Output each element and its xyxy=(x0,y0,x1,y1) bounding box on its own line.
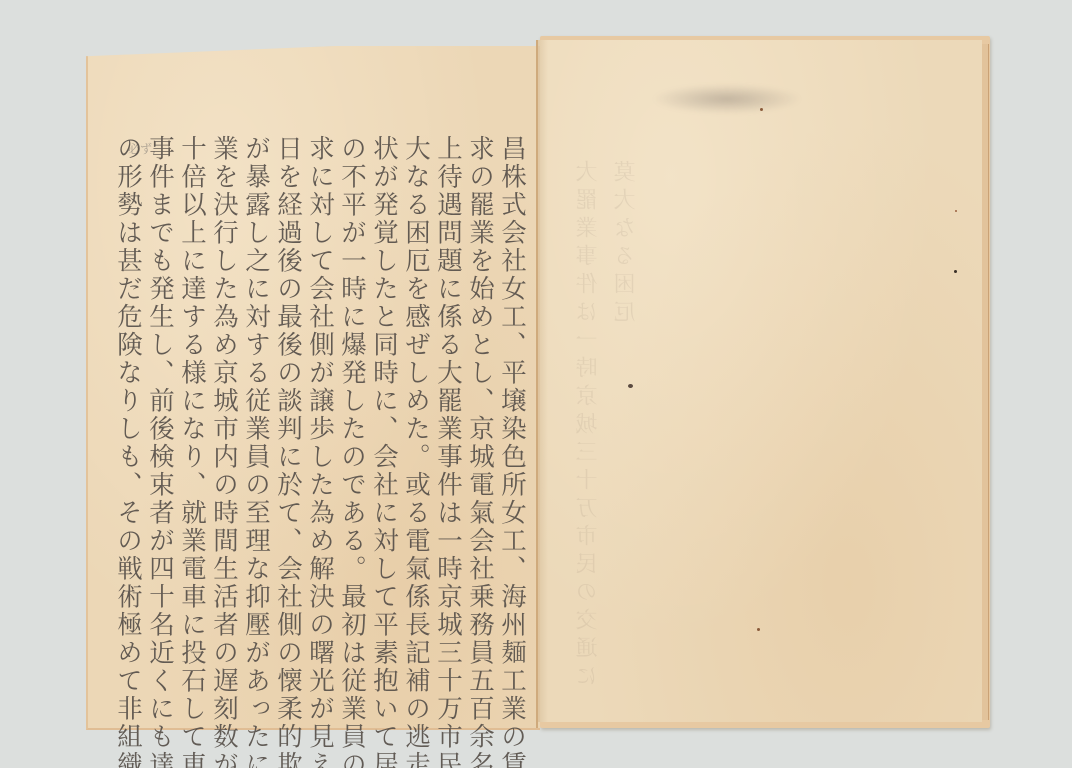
gutter-shadow xyxy=(538,40,548,722)
text-column: 状が発覚したと同時に、会社に対して平素抱いて居った乗務員達 xyxy=(368,135,400,695)
text-column: 十倍以上に達する様になり、就業電車に投石して車窓を破壊した xyxy=(176,135,208,695)
open-manuscript-booklet: 大罷業事件は一時京城三十万市民の交通に莫大なる困厄 必ず, 昌株式会社女工、平壌… xyxy=(0,0,1072,768)
paper-spot xyxy=(628,384,633,388)
handwritten-text-block: 昌株式会社女工、平壌染色所女工、海州麺工業の賃金引上要 求の罷業を始めとし、京城… xyxy=(108,135,528,695)
text-column: 業を決行した為め京城市内の時間生活者の遅刻数が平時の四 xyxy=(208,135,240,695)
text-column: 求に対して会社側が譲歩した為め解決の曙光が見えたが、以後十余 xyxy=(304,135,336,695)
text-column: 昌株式会社女工、平壌染色所女工、海州麺工業の賃金引上要 xyxy=(496,135,528,695)
paper-spot xyxy=(760,108,763,111)
text-column: の不平が一時に爆発したのである。最初は従業員の提出した十四条件の要 xyxy=(336,135,368,695)
paper-spot xyxy=(757,628,760,631)
paper-spot xyxy=(955,210,957,212)
bleed-through-text: 大罷業事件は一時京城三十万市民の交通に莫大なる困厄 xyxy=(570,160,970,700)
text-column: 事件までも発生し、前後検束者が四十名近くにも達した。斯の如く最初 xyxy=(144,135,176,695)
text-column: 大なる困厄を感ぜしめた。或る電氣係長記補の逃走に依り、その罪 xyxy=(400,135,432,695)
paper-spot xyxy=(954,270,957,273)
text-column: 上待遇問題に係る大罷業事件は一時京城三十万市民の交通に莫 xyxy=(432,135,464,695)
text-column: 日を経過後の最後の談判に於て、会社側の懐柔的欺瞞的の術策 xyxy=(272,135,304,695)
text-column: が暴露し之に対する従業員の至理な抑壓があったにも拘はらず罷 xyxy=(240,135,272,695)
smudge-mark xyxy=(652,84,802,114)
torn-page-edge xyxy=(982,44,989,720)
text-column: 求の罷業を始めとし、京城電氣会社乗務員五百余名の賃金値 xyxy=(464,135,496,695)
text-column: の形勢は甚だ危険なりしも、その戦術極めて非組織的なりし為め結局誘 xyxy=(112,135,144,695)
